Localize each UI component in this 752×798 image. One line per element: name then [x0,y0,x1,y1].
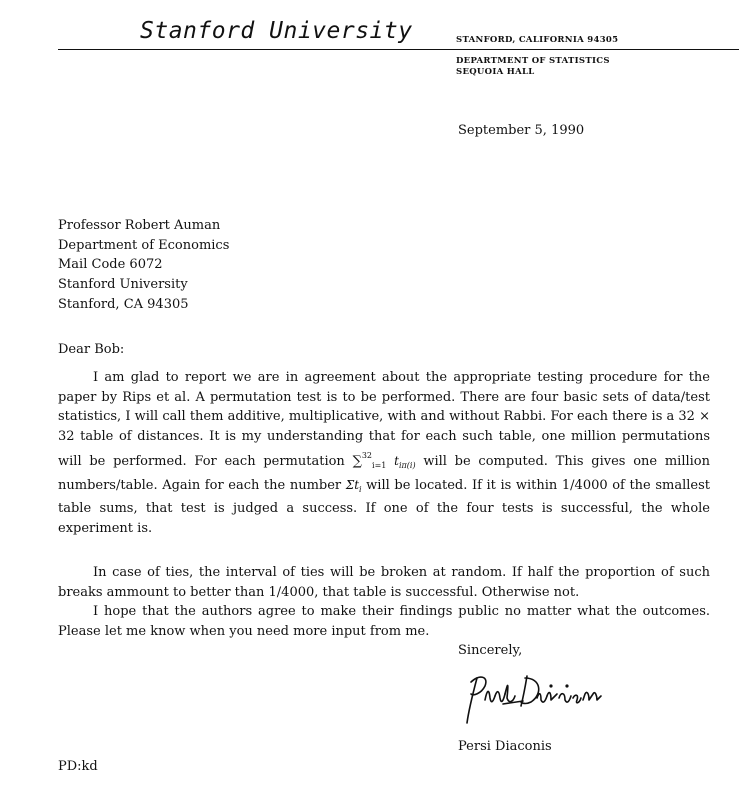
letterhead-university-name: Stanford University [140,18,413,44]
recipient-address: Professor Robert Auman Department of Eco… [58,216,229,315]
letterhead-location: STANFORD, CALIFORNIA 94305 [456,35,618,45]
recipient-line: Professor Robert Auman [58,216,229,236]
sigma-formula: Σti [346,478,362,492]
sum-term-subscript: iπ(i) [399,461,416,470]
letterhead-department: DEPARTMENT OF STATISTICS [456,56,610,66]
signer-name: Persi Diaconis [458,737,552,757]
summation-formula: ∑32i=1 tiπ(i) [353,454,416,469]
typist-initials: PD:kd [58,757,98,777]
salutation: Dear Bob: [58,340,124,360]
closing: Sincerely, [458,641,522,661]
body-paragraph-1: I am glad to report we are in agreement … [58,368,710,538]
paragraph-text: I hope that the authors agree to make th… [58,602,710,641]
sum-upper-limit: 32 [362,451,372,460]
letter-date: September 5, 1990 [458,121,584,141]
body-paragraph-2: In case of ties, the interval of ties wi… [58,563,710,602]
paragraph-text: In case of ties, the interval of ties wi… [58,563,710,602]
body-paragraph-3: I hope that the authors agree to make th… [58,602,710,641]
letterhead-building: SEQUOIA HALL [456,67,535,77]
sum-lower-limit: i=1 [372,461,386,470]
sigma-term: Σt [346,478,359,492]
letterhead-rule [58,49,739,50]
recipient-line: Department of Economics [58,236,229,256]
recipient-line: Stanford, CA 94305 [58,295,229,315]
recipient-line: Stanford University [58,275,229,295]
handwritten-signature [463,668,643,728]
recipient-line: Mail Code 6072 [58,255,229,275]
sum-symbol: ∑ [353,454,362,469]
